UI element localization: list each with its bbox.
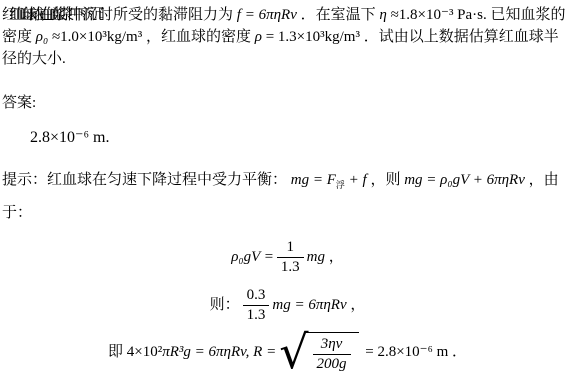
math-run: ρ <box>255 29 262 45</box>
equation-rhs: mg <box>307 249 325 265</box>
coefficient: 4×10² <box>127 344 162 360</box>
square-root: √3ηv200g <box>279 332 358 374</box>
math-run: ρ₀ <box>36 29 48 45</box>
text-run: ，红血球的密度 <box>142 29 255 45</box>
answer-label: 答案: <box>2 94 573 112</box>
equation-result: = 2.8×10⁻⁶ m <box>362 344 449 360</box>
equation-tail: ． <box>448 344 467 360</box>
denominator: 200g <box>313 355 351 373</box>
text-run: 时所受的黏滞阻力为 <box>98 7 237 23</box>
document-page: 红血球在血浆中下沉时所受的黏滞阻力为 f = 6πηRv ．在室温下 η ≈1.… <box>0 0 575 392</box>
fraction: 11.3 <box>277 239 304 277</box>
hint-paragraph: 提示：红血球在匀速下降过程中受力平衡： mg = F浮 + f ，则 mg = … <box>2 166 573 227</box>
fraction: 3ηv200g <box>313 336 351 374</box>
numerator: 1 <box>277 239 304 258</box>
equation-2: 则：0.31.3mg = 6πηRv ， <box>2 287 573 325</box>
math-run: η <box>379 7 386 23</box>
numerator: 0.3 <box>243 287 270 306</box>
value-run: = 1.3×10³kg/m³ <box>262 29 360 45</box>
subscript-buoyancy: 浮 <box>336 180 345 190</box>
denominator: 1.3 <box>243 306 270 324</box>
math-run: + f <box>345 172 367 188</box>
equation-tail: ， <box>325 249 344 265</box>
problem-statement: 红血球在血浆中下沉时所受的黏滞阻力为 f = 6πηRv ．在室温下 η ≈1.… <box>2 4 573 70</box>
value-run: ≈1.0×10³kg/m³ <box>48 29 142 45</box>
radicand: 3ηv200g <box>305 332 359 374</box>
answer-value: 2.8×10⁻⁶ m. <box>30 129 573 147</box>
value-run: ≈1.8×10⁻³ Pa·s. <box>387 7 487 23</box>
math-run: mg = ρ₀gV + 6πηRv <box>404 172 525 188</box>
math-run: f = 6πηRv <box>237 7 297 23</box>
equation-label: 即 <box>108 344 127 360</box>
equation-1: ρ₀gV =11.3mg ， <box>2 239 573 277</box>
equation-lhs: ρ₀gV = <box>231 249 274 265</box>
equation-lhs: πR³g = 6πηRv, R = <box>162 344 276 360</box>
text-run: 提示：红血球在匀速下降过程中受力平衡： <box>2 172 291 188</box>
fraction: 0.31.3 <box>243 287 270 325</box>
denominator: 1.3 <box>277 258 304 276</box>
garbled-text-run: 红血球在血浆中下沉 <box>2 7 92 23</box>
numerator: 3ηv <box>313 336 351 355</box>
text-run: ．在室温下 <box>297 7 380 23</box>
equation-tail: ， <box>347 297 366 313</box>
text-run: ，则 <box>367 172 405 188</box>
equation-label: 则： <box>210 297 240 313</box>
equation-3: 即 4×10²πR³g = 6πηRv, R =√3ηv200g = 2.8×1… <box>2 332 573 374</box>
math-run: mg = F <box>291 172 336 188</box>
equation-rhs: mg = 6πηRv <box>272 297 346 313</box>
